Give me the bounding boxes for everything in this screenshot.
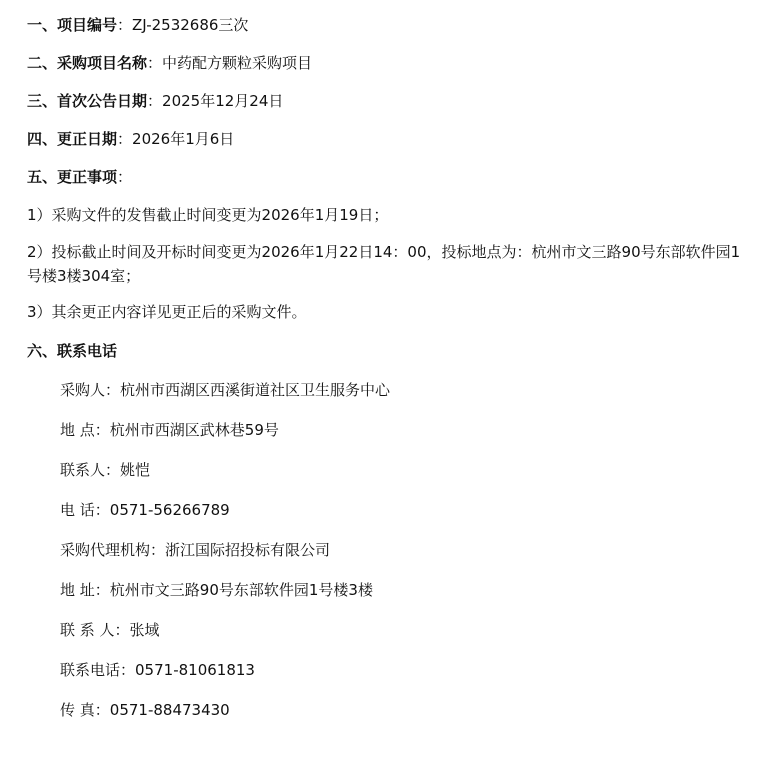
project-name-label: 二、采购项目名称 <box>27 54 147 72</box>
contact-agency-fax: 传 真：0571-88473430 <box>60 700 230 720</box>
correction-items-heading: 五、更正事项： <box>27 167 132 187</box>
contact-agency-phone: 联系电话：0571-81061813 <box>60 660 255 680</box>
project-number-row: 一、项目编号：ZJ-2532686三次 <box>27 15 248 35</box>
contact-agency: 采购代理机构：浙江国际招投标有限公司 <box>60 540 330 560</box>
correction-item-1: 1）采购文件的发售截止时间变更为2026年1月19日； <box>27 205 388 225</box>
correction-date-value: 2026年1月6日 <box>132 130 234 148</box>
first-notice-date-row: 三、首次公告日期：2025年12月24日 <box>27 91 283 111</box>
contact-heading: 六、联系电话 <box>27 341 117 361</box>
project-number-value: ZJ-2532686三次 <box>132 16 248 34</box>
contact-agency-address: 地 址：杭州市文三路90号东部软件园1号楼3楼 <box>60 580 373 600</box>
correction-items-label: 五、更正事项 <box>27 168 117 186</box>
contact-purchaser-phone: 电 话：0571-56266789 <box>60 500 230 520</box>
correction-date-row: 四、更正日期：2026年1月6日 <box>27 129 234 149</box>
correction-date-label: 四、更正日期 <box>27 130 117 148</box>
project-name-row: 二、采购项目名称：中药配方颗粒采购项目 <box>27 53 312 73</box>
project-number-label: 一、项目编号 <box>27 16 117 34</box>
correction-item-2: 2）投标截止时间及开标时间变更为2026年1月22日14：00，投标地点为：杭州… <box>27 240 742 288</box>
first-notice-date-value: 2025年12月24日 <box>162 92 283 110</box>
contact-purchaser-person: 联系人：姚恺 <box>60 460 150 480</box>
project-name-value: 中药配方颗粒采购项目 <box>162 54 312 72</box>
first-notice-date-label: 三、首次公告日期 <box>27 92 147 110</box>
contact-purchaser-location: 地 点：杭州市西湖区武林巷59号 <box>60 420 279 440</box>
correction-item-3: 3）其余更正内容详见更正后的采购文件。 <box>27 302 307 322</box>
contact-agency-person: 联 系 人：张域 <box>60 620 160 640</box>
contact-purchaser: 采购人：杭州市西湖区西溪街道社区卫生服务中心 <box>60 380 390 400</box>
